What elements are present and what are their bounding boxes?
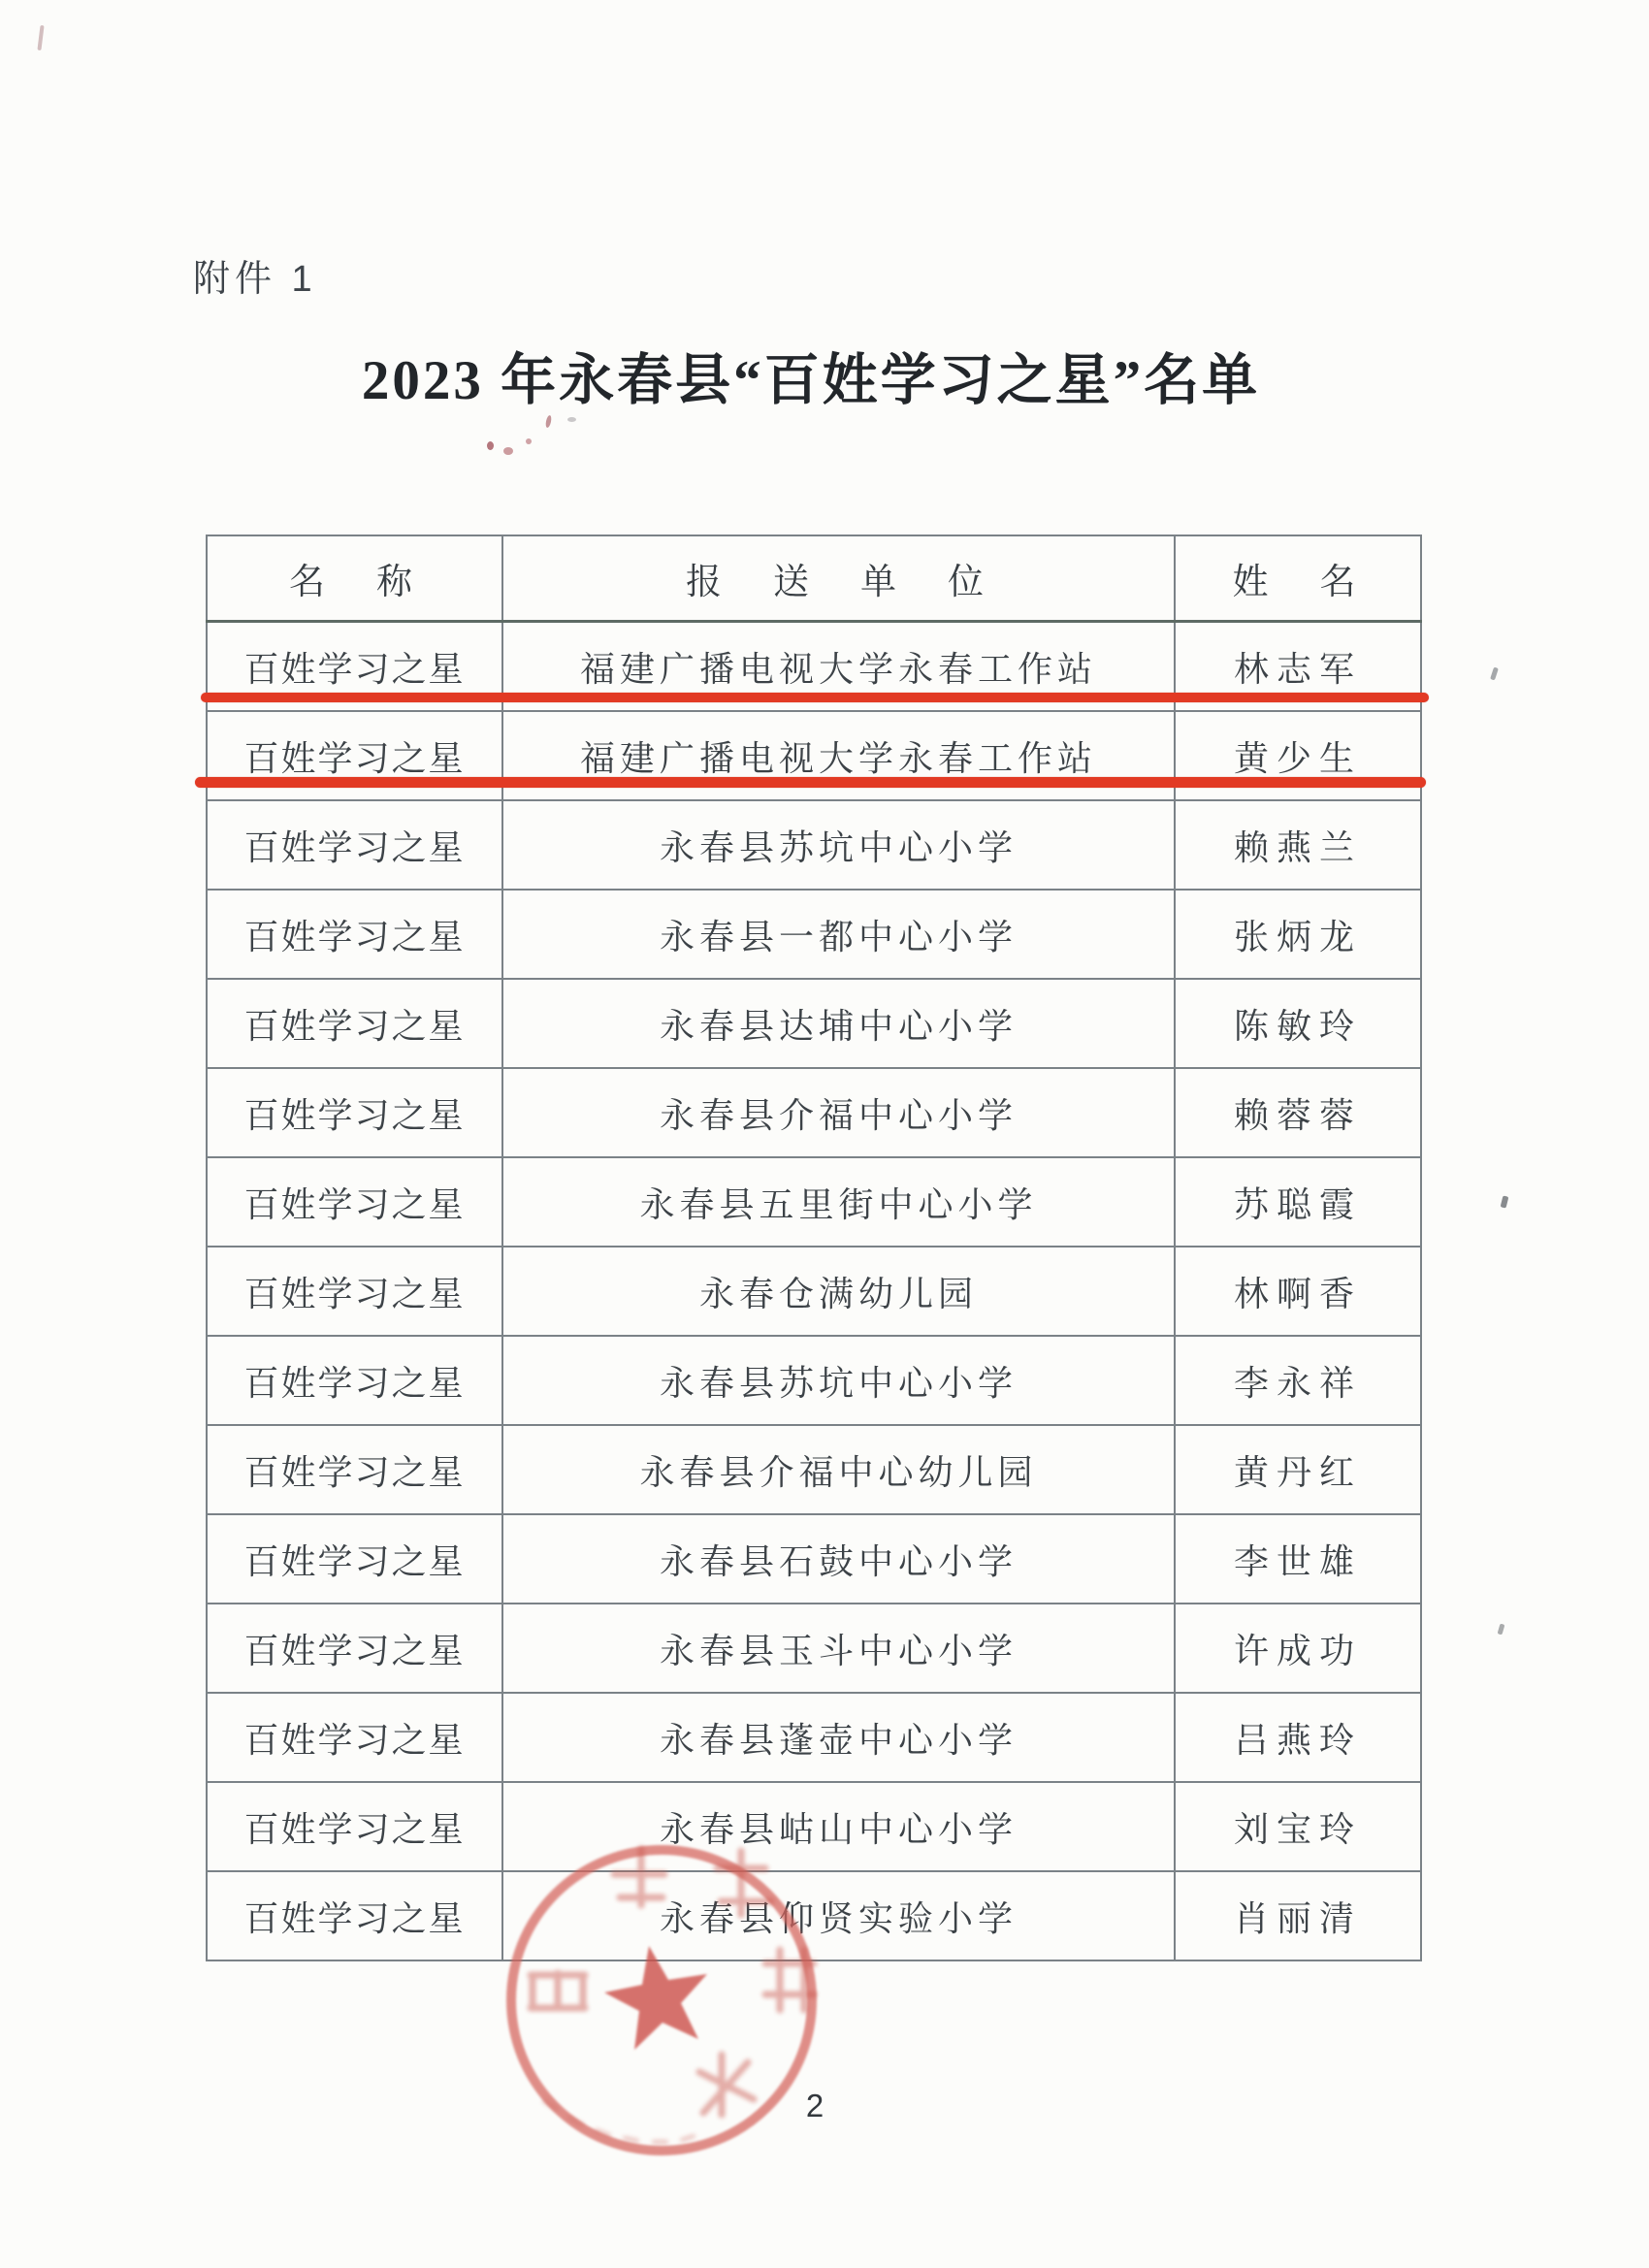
cell-person: 吕燕玲 [1175, 1693, 1421, 1782]
ink-speck [1501, 1195, 1509, 1208]
ink-speck [487, 441, 494, 450]
cell-award-title: 百姓学习之星 [207, 1604, 502, 1693]
attachment-label: 附件 1 [193, 248, 317, 302]
cell-unit: 永春县一都中心小学 [502, 890, 1175, 979]
cell-award-title: 百姓学习之星 [207, 1157, 502, 1247]
cell-person: 赖燕兰 [1175, 800, 1421, 890]
page-number: 2 [786, 2088, 844, 2124]
cell-person: 黄丹红 [1175, 1425, 1421, 1514]
cell-award-title: 百姓学习之星 [207, 1871, 502, 1960]
cell-award-title: 百姓学习之星 [207, 979, 502, 1068]
cell-award-title: 百姓学习之星 [207, 890, 502, 979]
ink-speck [545, 415, 553, 429]
ink-speck [526, 438, 532, 444]
cell-unit: 永春县介福中心幼儿园 [502, 1425, 1175, 1514]
highlight-underline-row1 [201, 693, 1429, 702]
cell-unit: 永春县达埔中心小学 [502, 979, 1175, 1068]
cell-unit: 永春县玉斗中心小学 [502, 1604, 1175, 1693]
award-recipients-table: 名 称 报 送 单 位 姓 名 百姓学习之星 福建广播电视大学永春工作站 林志军… [206, 535, 1422, 1961]
table-row: 百姓学习之星 永春县苏坑中心小学 李永祥 [207, 1336, 1421, 1425]
table-row: 百姓学习之星 永春县玉斗中心小学 许成功 [207, 1604, 1421, 1693]
highlight-underline-row2 [195, 777, 1426, 788]
cell-person: 肖丽清 [1175, 1871, 1421, 1960]
cell-unit: 永春县石鼓中心小学 [502, 1514, 1175, 1604]
col-header-person: 姓 名 [1175, 535, 1421, 622]
cell-person: 苏聪霞 [1175, 1157, 1421, 1247]
cell-person: 林啊香 [1175, 1247, 1421, 1336]
table-row: 百姓学习之星 永春县介福中心小学 赖蓉蓉 [207, 1068, 1421, 1157]
cell-unit: 永春仓满幼儿园 [502, 1247, 1175, 1336]
cell-award-title: 百姓学习之星 [207, 1068, 502, 1157]
cell-unit: 永春县蓬壶中心小学 [502, 1693, 1175, 1782]
table-header-row: 名 称 报 送 单 位 姓 名 [207, 535, 1421, 622]
ink-speck [37, 25, 44, 50]
cell-award-title: 百姓学习之星 [207, 1782, 502, 1871]
ink-speck [567, 417, 576, 422]
cell-unit: 永春县苏坑中心小学 [502, 800, 1175, 890]
cell-award-title: 百姓学习之星 [207, 1336, 502, 1425]
cell-award-title: 百姓学习之星 [207, 800, 502, 890]
ink-speck [503, 447, 513, 455]
seal-star-icon [604, 1946, 707, 2050]
col-header-title: 名 称 [207, 535, 502, 622]
cell-person: 李永祥 [1175, 1336, 1421, 1425]
table-row: 百姓学习之星 永春县介福中心幼儿园 黄丹红 [207, 1425, 1421, 1514]
official-seal-stamp [488, 1828, 837, 2177]
cell-person: 张炳龙 [1175, 890, 1421, 979]
table-row: 百姓学习之星 永春县达埔中心小学 陈敏玲 [207, 979, 1421, 1068]
table-row: 百姓学习之星 永春县一都中心小学 张炳龙 [207, 890, 1421, 979]
cell-person: 李世雄 [1175, 1514, 1421, 1604]
cell-person: 许成功 [1175, 1604, 1421, 1693]
table-row: 百姓学习之星 永春县蓬壶中心小学 吕燕玲 [207, 1693, 1421, 1782]
ink-speck [1490, 667, 1499, 681]
cell-unit: 永春县介福中心小学 [502, 1068, 1175, 1157]
cell-unit: 永春县苏坑中心小学 [502, 1336, 1175, 1425]
cell-award-title: 百姓学习之星 [207, 1514, 502, 1604]
cell-award-title: 百姓学习之星 [207, 1425, 502, 1514]
ink-speck [1498, 1624, 1505, 1636]
cell-person: 刘宝玲 [1175, 1782, 1421, 1871]
cell-unit: 永春县五里街中心小学 [502, 1157, 1175, 1247]
table-row: 百姓学习之星 永春仓满幼儿园 林啊香 [207, 1247, 1421, 1336]
cell-person: 赖蓉蓉 [1175, 1068, 1421, 1157]
col-header-submitter: 报 送 单 位 [502, 535, 1175, 622]
table-row: 百姓学习之星 永春县五里街中心小学 苏聪霞 [207, 1157, 1421, 1247]
cell-award-title: 百姓学习之星 [207, 1247, 502, 1336]
cell-award-title: 百姓学习之星 [207, 1693, 502, 1782]
document-title: 2023 年永春县“百姓学习之星”名单 [204, 336, 1418, 415]
table-row: 百姓学习之星 永春县石鼓中心小学 李世雄 [207, 1514, 1421, 1604]
table-row: 百姓学习之星 永春县苏坑中心小学 赖燕兰 [207, 800, 1421, 890]
scanned-document-page: 附件 1 2023 年永春县“百姓学习之星”名单 名 称 报 送 单 位 姓 名… [0, 0, 1649, 2268]
cell-person: 陈敏玲 [1175, 979, 1421, 1068]
